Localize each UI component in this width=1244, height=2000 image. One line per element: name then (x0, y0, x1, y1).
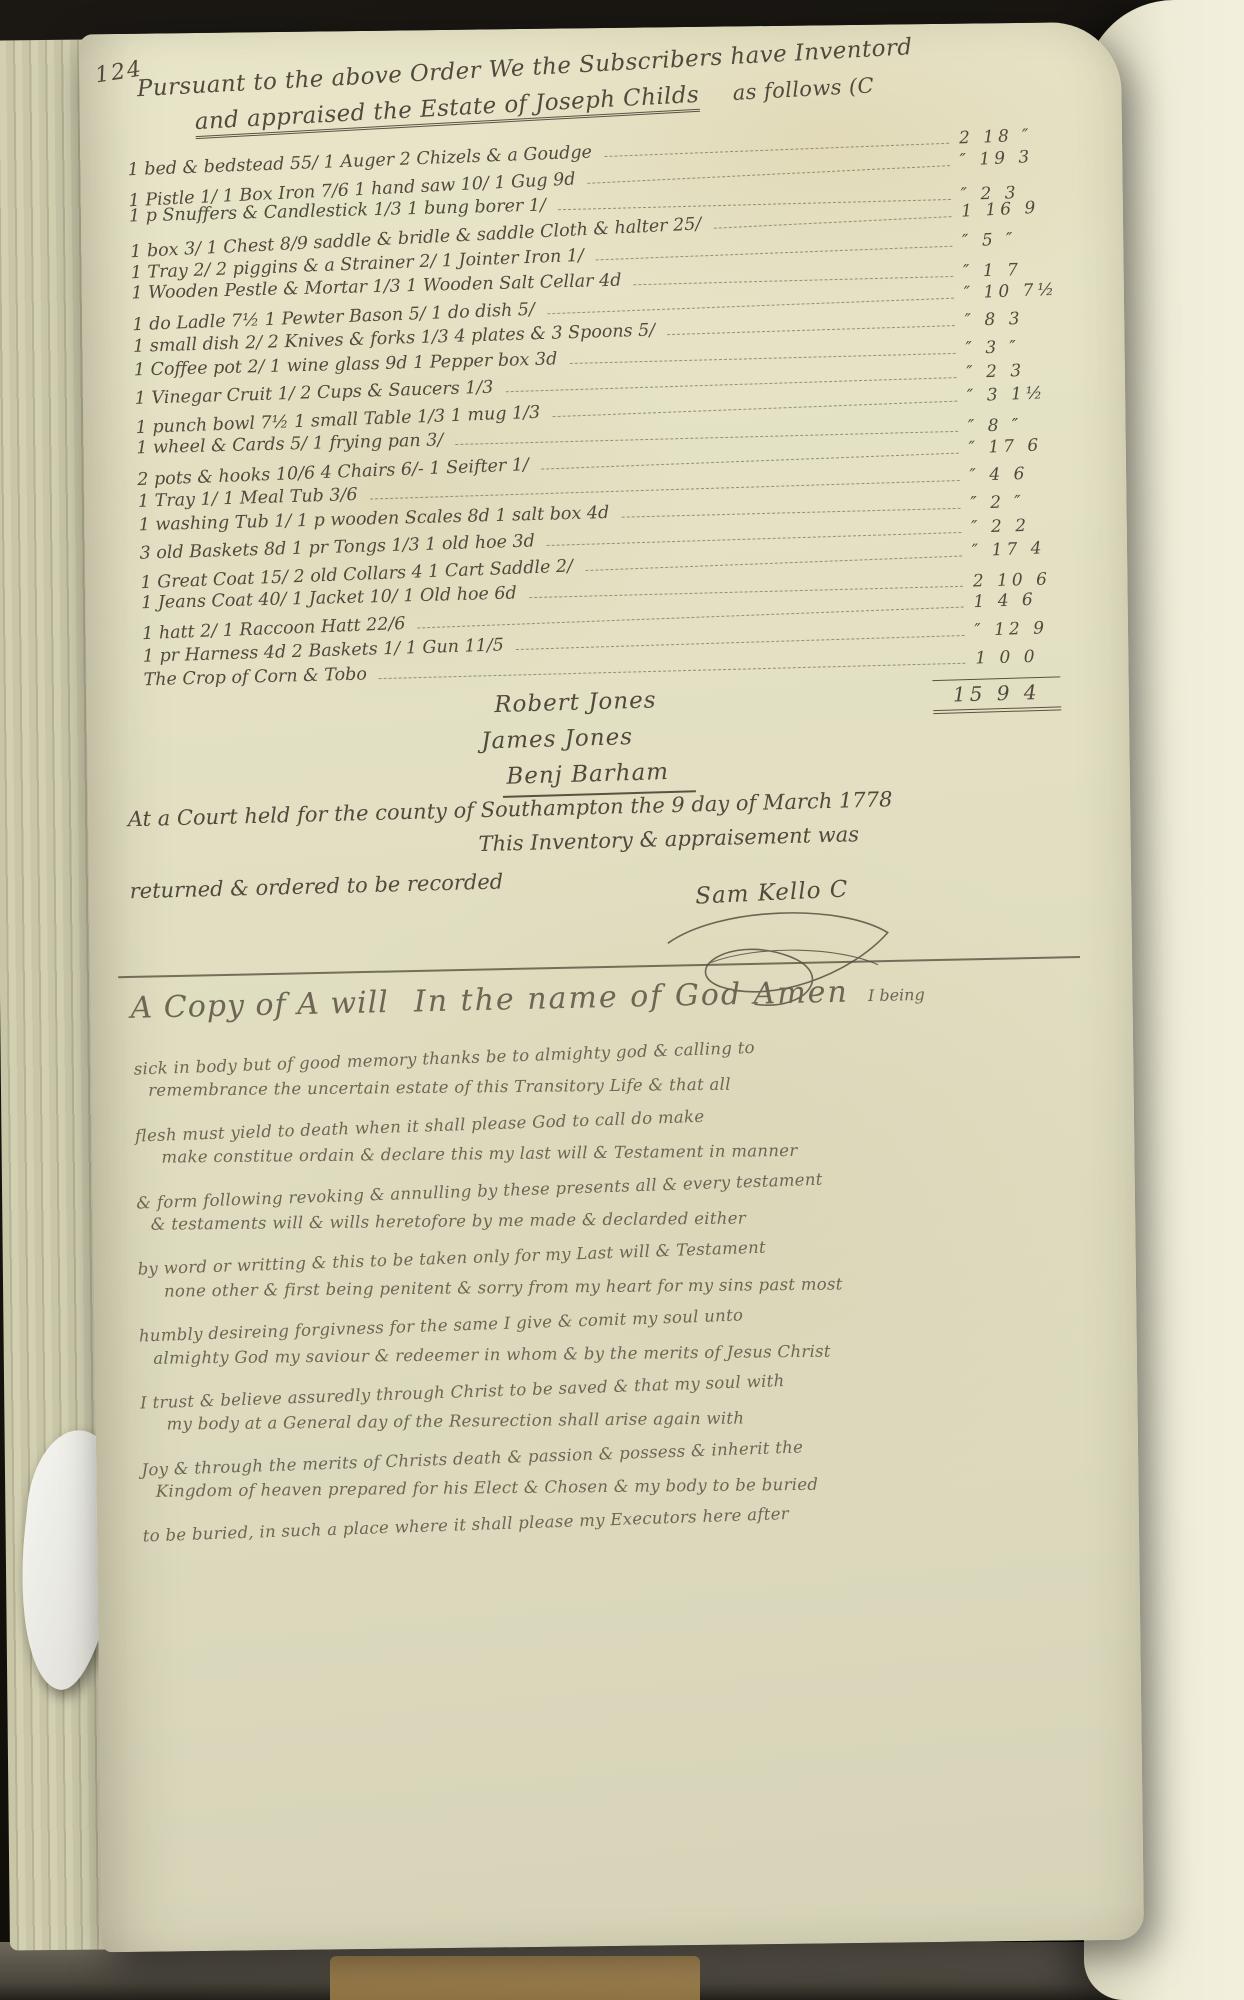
inventory-amount: 1 0 0 (975, 645, 1093, 668)
will-heading-label: A Copy of A will (130, 985, 389, 1026)
inventory-amount: 1 16 9 (961, 196, 1080, 222)
wood-block (330, 1956, 700, 2000)
inventory-amount: ″ 12 9 (974, 617, 1093, 641)
will-heading: A Copy of A will In the name of God Amen… (130, 969, 1091, 1026)
inventory-amount: ″ 8 3 (964, 307, 1083, 331)
header-line-2-suffix: as follows (C (732, 73, 874, 105)
inventory-total: 15 9 4 (932, 676, 1061, 714)
will-body: sick in body but of good memory thanks b… (133, 1027, 1092, 1546)
inventory-amount: ″ 19 3 (959, 144, 1078, 170)
inventory-amount: ″ 17 4 (972, 536, 1091, 561)
inventory-list: 1 bed & bedstead 55/ 1 Auger 2 Chizels &… (127, 121, 1094, 692)
will-heading-suffix: I being (868, 985, 925, 1005)
inventory-amount: ″ 3 ″ (965, 336, 1083, 359)
ledger-page: 124 Pursuant to the above Order We the S… (79, 22, 1144, 1953)
inventory-amount: ″ 17 6 (968, 433, 1087, 458)
photograph-scene: 124 Pursuant to the above Order We the S… (0, 0, 1244, 2000)
inventory-amount: 1 4 6 (973, 588, 1092, 613)
inventory-amount: ″ 3 1½ (967, 381, 1086, 406)
inventory-amount: ″ 4 6 (969, 462, 1088, 486)
court-record-line-3: returned & ordered to be recorded (129, 850, 1050, 908)
inventory-item-text: The Crop of Corn & Tobo (143, 664, 367, 690)
dash-filler (379, 662, 965, 678)
appraiser-signatures: Robert JonesJames JonesBenj Barham (494, 681, 696, 798)
inventory-amount: ″ 2 ″ (970, 490, 1088, 513)
inventory-amount: ″ 10 7½ (963, 278, 1082, 303)
court-record: At a Court held for the county of Southa… (127, 778, 1049, 908)
appraiser-signature: Robert Jones (494, 681, 694, 723)
inventory-amount: ″ 5 ″ (962, 227, 1081, 252)
